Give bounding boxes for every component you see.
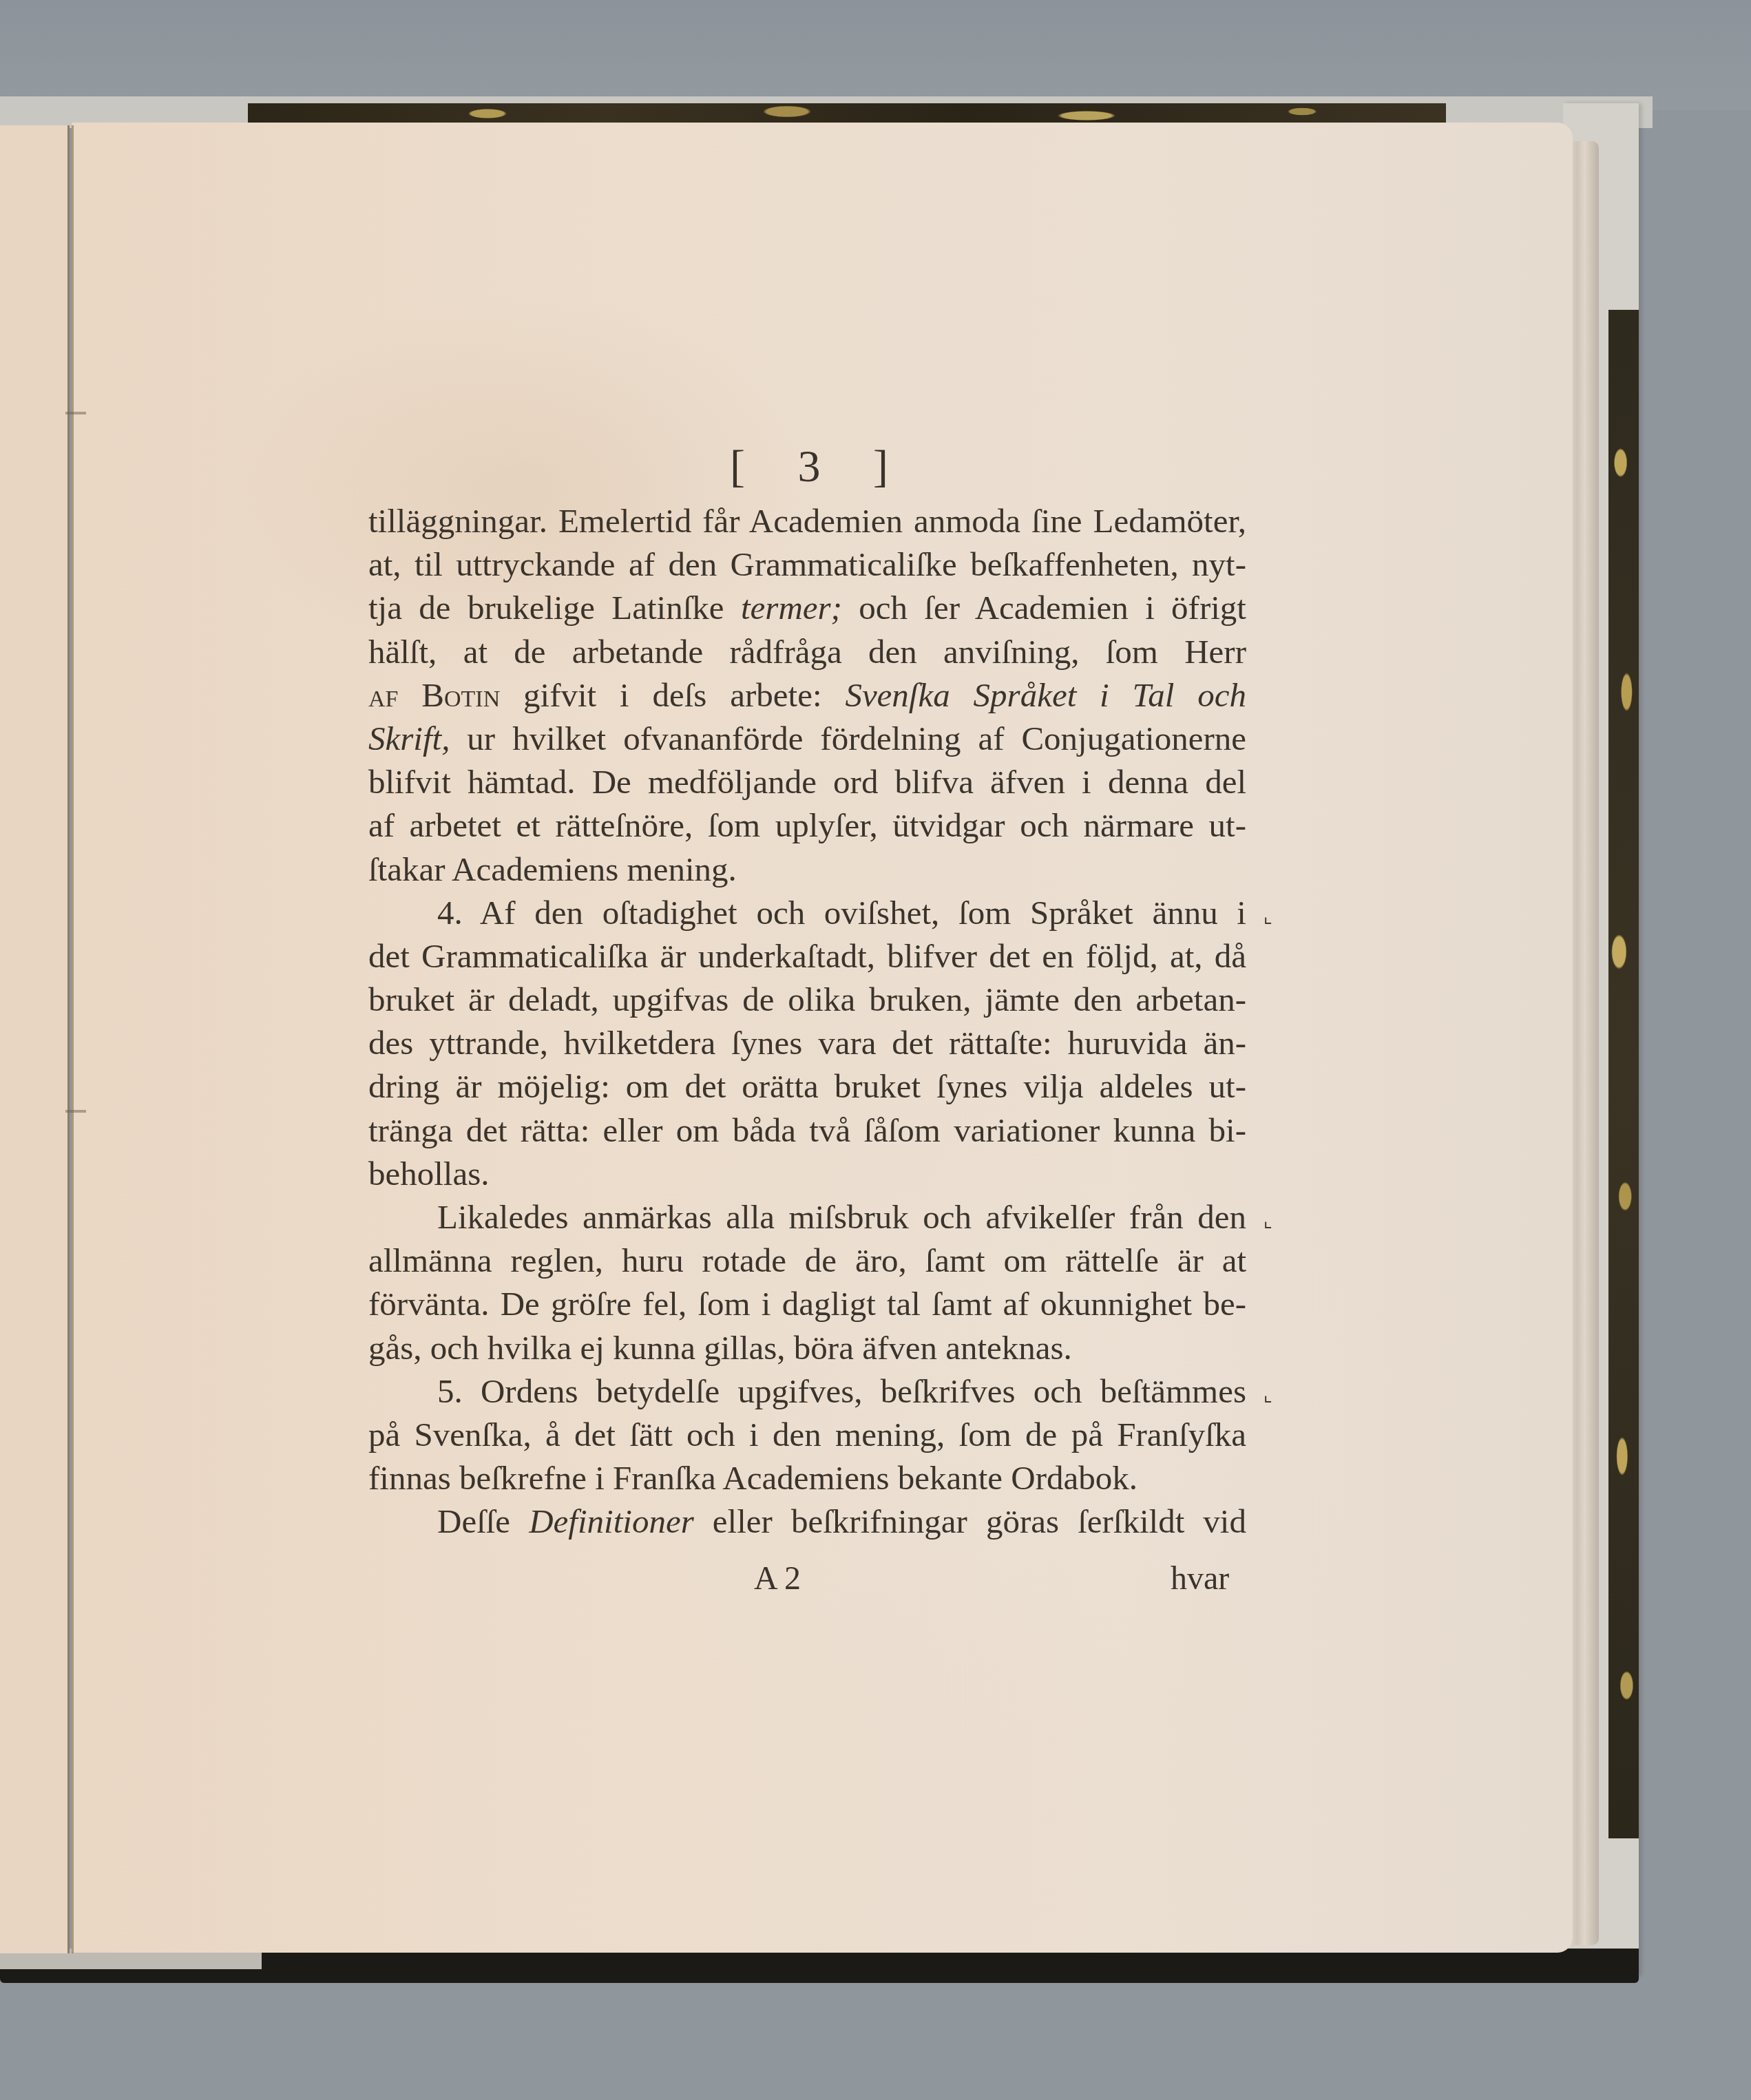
text-run: behollas. xyxy=(368,1155,490,1193)
text-run: ur hvilket ofvananförde fördelning af Co… xyxy=(450,720,1246,757)
text-run: 4. Af den oſtadighet och oviſshet, ſom S… xyxy=(437,894,1246,932)
text-run: tränga det rätta: eller om båda två ſåſo… xyxy=(368,1111,1246,1149)
text-line: behollas. xyxy=(368,1152,1246,1195)
text-run: ſtakar Academiens mening. xyxy=(368,850,737,888)
text-run: at, til uttryckande af den Grammaticaliſ… xyxy=(368,545,1246,583)
text-line: af Botin gifvit i deſs arbete: Svenſka S… xyxy=(368,673,1246,717)
text-run: af arbetet et rätteſnöre, ſom uplyſer, ü… xyxy=(368,806,1246,844)
smallcaps-text: af Botin xyxy=(368,676,500,714)
text-run: dring är möjelig: om det orätta bruket ſ… xyxy=(368,1067,1246,1105)
thread-mark xyxy=(65,1110,86,1113)
text-run: tja de brukelige Latinſke xyxy=(368,589,741,627)
margin-tick-icon: ⌞ xyxy=(1264,1209,1272,1232)
margin-tick-icon: ⌞ xyxy=(1264,1383,1272,1406)
thread-mark xyxy=(65,412,86,414)
text-run: 5. Ordens betydelſe upgifves, beſkrifves… xyxy=(437,1372,1246,1410)
text-run: gifvit i deſs arbete: xyxy=(500,676,845,714)
italic-text: Svenſka Språket i Tal och xyxy=(845,676,1246,714)
text-line: des yttrande, hvilketdera ſynes vara det… xyxy=(368,1021,1246,1064)
text-line: 4. Af den oſtadighet och oviſshet, ſom S… xyxy=(368,891,1246,934)
text-line: allmänna reglen, huru rotade de äro, ſam… xyxy=(368,1239,1246,1282)
text-line: Skrift, ur hvilket ofvananförde fördelni… xyxy=(368,717,1246,760)
text-run: blifvit hämtad. De medföljande ord blifv… xyxy=(368,763,1246,801)
text-run: gås, och hvilka ej kunna gillas, böra äf… xyxy=(368,1329,1072,1367)
page-number: [ 3 ] xyxy=(730,441,909,493)
text-run: tilläggningar. Emelertid får Academien a… xyxy=(368,502,1246,540)
text-run: Deſſe xyxy=(437,1502,529,1540)
gutter-fold xyxy=(72,125,74,1953)
signature-mark: A 2 xyxy=(754,1560,801,1597)
binding-bottom-edge xyxy=(0,1949,1639,1983)
marbled-board-right xyxy=(1608,310,1639,1838)
text-line: af arbetet et rätteſnöre, ſom uplyſer, ü… xyxy=(368,804,1246,847)
body-text: tilläggningar. Emelertid får Academien a… xyxy=(368,499,1246,1544)
text-run: hälſt, at de arbetande rådfråga den anvi… xyxy=(368,633,1246,671)
text-line: at, til uttryckande af den Grammaticaliſ… xyxy=(368,543,1246,586)
catchword: hvar xyxy=(1171,1560,1229,1597)
margin-tick-icon: ⌞ xyxy=(1264,905,1272,927)
italic-text: termer; xyxy=(741,589,842,627)
text-line: bruket är deladt, upgifvas de olika bruk… xyxy=(368,978,1246,1021)
italic-text: Definitioner xyxy=(529,1502,694,1540)
left-page-edge xyxy=(0,125,70,1953)
text-line: tränga det rätta: eller om båda två ſåſo… xyxy=(368,1109,1246,1152)
text-run: bruket är deladt, upgifvas de olika bruk… xyxy=(368,980,1246,1018)
text-run: det Grammaticaliſka är underkaſtadt, bli… xyxy=(368,937,1246,975)
text-line: 5. Ordens betydelſe upgifves, beſkrifves… xyxy=(368,1369,1246,1413)
text-line: ſtakar Academiens mening. xyxy=(368,848,1246,891)
text-line: förvänta. De gröſre fel, ſom i dagligt t… xyxy=(368,1282,1246,1325)
text-line: blifvit hämtad. De medföljande ord blifv… xyxy=(368,760,1246,804)
text-run: eller beſkrifningar göras ſerſkildt vid xyxy=(694,1502,1246,1540)
marbled-board-top xyxy=(248,103,1446,124)
text-line: dring är möjelig: om det orätta bruket ſ… xyxy=(368,1064,1246,1108)
text-run: förvänta. De gröſre fel, ſom i dagligt t… xyxy=(368,1285,1246,1323)
text-line: tilläggningar. Emelertid får Academien a… xyxy=(368,499,1246,543)
text-run: och ſer Academien i öfrigt xyxy=(842,589,1246,627)
text-line: Likaledes anmärkas alla miſsbruk och afv… xyxy=(368,1195,1246,1239)
text-line: Deſſe Definitioner eller beſkrifningar g… xyxy=(368,1500,1246,1543)
text-run: finnas beſkrefne i Franſka Academiens be… xyxy=(368,1459,1137,1497)
background-top xyxy=(0,0,1751,110)
italic-text: Skrift, xyxy=(368,720,450,757)
text-run: allmänna reglen, huru rotade de äro, ſam… xyxy=(368,1241,1246,1279)
text-run: Likaledes anmärkas alla miſsbruk och afv… xyxy=(437,1198,1246,1236)
text-line: tja de brukelige Latinſke termer; och ſe… xyxy=(368,586,1246,629)
text-line: det Grammaticaliſka är underkaſtadt, bli… xyxy=(368,934,1246,978)
text-line: på Svenſka, å det ſätt och i den mening,… xyxy=(368,1413,1246,1456)
text-run: des yttrande, hvilketdera ſynes vara det… xyxy=(368,1024,1246,1062)
text-line: hälſt, at de arbetande rådfråga den anvi… xyxy=(368,630,1246,673)
text-run: på Svenſka, å det ſätt och i den mening,… xyxy=(368,1416,1246,1453)
text-line: finnas beſkrefne i Franſka Academiens be… xyxy=(368,1456,1246,1500)
text-line: gås, och hvilka ej kunna gillas, böra äf… xyxy=(368,1326,1246,1369)
